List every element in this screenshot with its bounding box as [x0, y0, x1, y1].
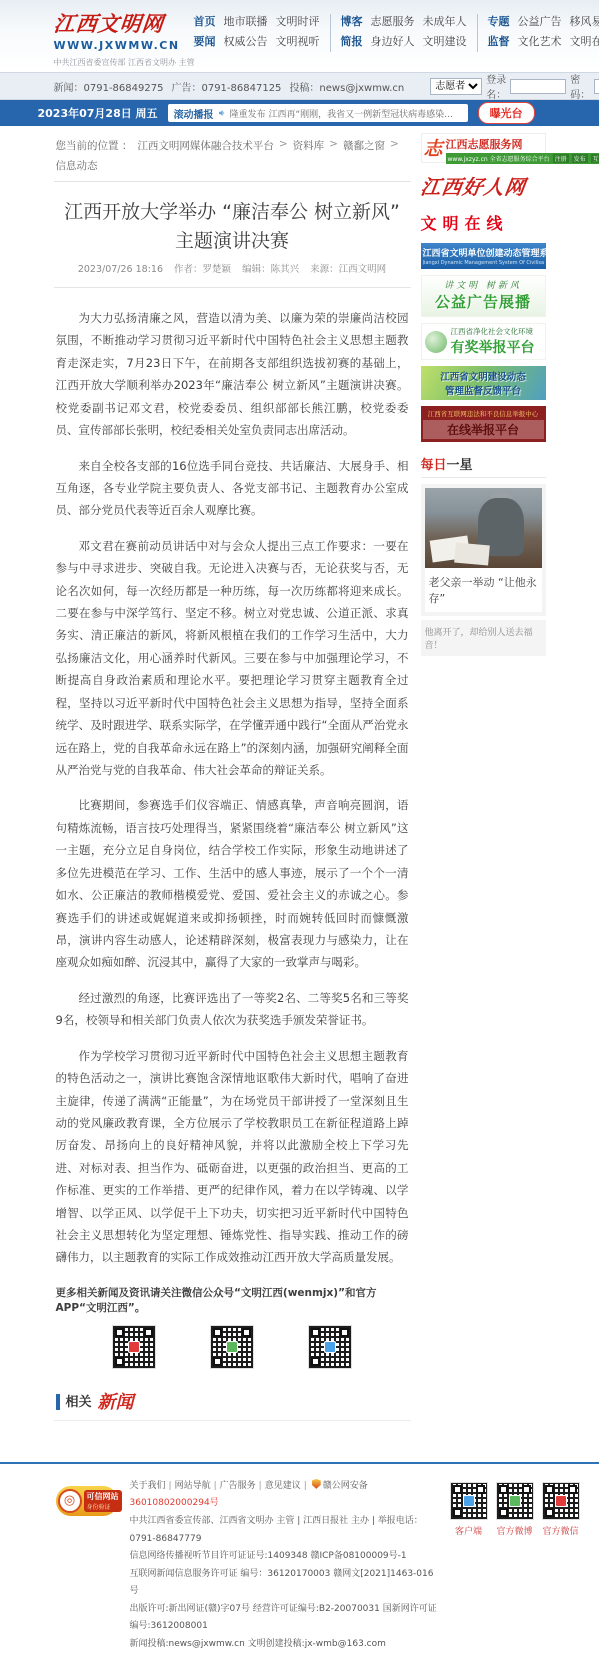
related-news-header: 相关 新闻 — [54, 1391, 411, 1410]
volunteer-chip-register[interactable]: 注册 — [553, 154, 569, 163]
volunteer-url: www.jxzyz.cn 全省志愿服务综合平台 — [448, 154, 550, 163]
article-editor: 编辑：陈其兴 — [242, 264, 299, 275]
qr-label-weibo: 官方微博 — [496, 1524, 534, 1537]
system-title: 江西省文明单位创建动态管理系统 — [423, 246, 544, 259]
footer-links-row: 关于我们|网站导航|广告服务|意见建议|赣公网安备 36010802000294… — [130, 1478, 438, 1513]
breadcrumb-item-info[interactable]: 信息动态 — [56, 158, 98, 173]
nav-item-city-broadcast[interactable]: 地市联播 — [224, 12, 268, 32]
news-phone: 新闻：0791-86849275 — [54, 79, 164, 94]
reward-report-title: 有奖举报平台 — [451, 337, 535, 357]
qr-label-wechat: 官方微信 — [542, 1524, 580, 1537]
reward-report-slogan: 江西省净化社会文化环境 — [451, 326, 535, 337]
volunteer-chip-publish[interactable]: 发布 — [572, 154, 588, 163]
speaker-icon — [219, 108, 225, 118]
footer-separator: | — [259, 1481, 262, 1491]
photo-paper — [454, 543, 490, 566]
psa-title: 公益广告展播 — [422, 291, 545, 312]
banner-civilized-unit-system[interactable]: 江西省文明单位创建动态管理系统 Jiangxi Dynamic Manageme… — [421, 243, 546, 269]
nav-group-2: 博客 志愿服务 未成年人 简报 身边好人 文明建设 — [331, 12, 477, 52]
daily-star-red: 每日 — [421, 458, 447, 473]
login-name-input[interactable] — [510, 79, 566, 94]
police-badge-icon — [312, 1479, 321, 1489]
nav-group-3: 专题 公益广告 移风易俗 诚信红黑榜 监督 文化艺术 文明在线 好人微故事 — [478, 12, 599, 52]
nav-item-psa[interactable]: 公益广告 — [518, 12, 562, 32]
footer-line-license2: 互联网新闻信息服务许可证 编号：36120170003 赣网文[2021]146… — [130, 1566, 438, 1601]
breadcrumb-label: 您当前的位置 ： — [56, 138, 133, 153]
current-date: 2023年07月28日 周五 — [38, 105, 158, 121]
system-subtitle: Jiangxi Dynamic Management System Of Civ… — [423, 260, 544, 266]
nav-item-good-people[interactable]: 身边好人 — [371, 32, 415, 52]
article-author: 作者：罗楚颖 — [174, 264, 231, 275]
feedback-line1: 江西省文明建设动态 — [423, 369, 544, 383]
nav-item-news[interactable]: 要闻 — [194, 32, 216, 52]
breadcrumb: 您当前的位置 ： 江西文明网媒体融合技术平台 > 资料库 > 赣鄱之窗 > 信息… — [54, 126, 411, 182]
submission-email: 投稿：news@jxwmw.cn — [289, 79, 404, 94]
police-beian-number[interactable]: 36010802000294号 — [130, 1498, 219, 1508]
related-news-list — [54, 1420, 411, 1446]
logo-subtitle: 中共江西省委宣传部 江西省文明办 主管 — [54, 57, 172, 68]
password-label: 密码： — [570, 71, 590, 101]
role-select[interactable]: 志愿者 — [430, 78, 482, 95]
banner-good-people-net[interactable]: 江西好人网 — [421, 169, 546, 202]
police-beian-label: 赣公网安备 — [323, 1481, 368, 1491]
online-report-title: 在线举报平台 — [423, 420, 544, 439]
nav-item-civil-online[interactable]: 文明在线 — [570, 32, 599, 52]
password-input[interactable] — [594, 79, 599, 94]
article-datetime: 2023/07/26 18:16 — [78, 264, 163, 275]
footer-qr-codes: 客户端 官方微博 官方微信 — [450, 1482, 580, 1653]
follow-note: 更多相关新闻及资讯请关注微信公众号“文明江西(wenmjx)”和官方APP“文明… — [56, 1285, 409, 1315]
sidebar: 志 江西志愿服务网 www.jxzyz.cn 全省志愿服务综合平台 注册 发布 … — [421, 126, 546, 1446]
daily-star-header: 每日一星 — [421, 454, 546, 478]
banner-reward-report[interactable]: 江西省净化社会文化环境 有奖举报平台 — [421, 323, 546, 360]
section-accent-bar — [56, 1394, 60, 1410]
banner-volunteer-service[interactable]: 志 江西志愿服务网 www.jxzyz.cn 全省志愿服务综合平台 注册 发布 … — [421, 133, 546, 163]
footer-link-sitemap[interactable]: 网站导航 — [175, 1481, 211, 1491]
footer-link-about[interactable]: 关于我们 — [130, 1481, 166, 1491]
expose-platform-button[interactable]: 曝光台 — [478, 102, 535, 124]
globe-icon — [425, 331, 447, 353]
article-paragraph: 比赛期间，参赛选手们仪容端正、情感真挚，声音响亮圆润，语句精炼流畅，语言技巧处理… — [56, 794, 409, 973]
page-footer: ◎ 可信网站 身份验证 关于我们|网站导航|广告服务|意见建议|赣公网安备 36… — [0, 1462, 599, 1671]
breadcrumb-separator: > — [329, 138, 338, 153]
related-stylized: 新闻 — [98, 1396, 134, 1410]
footer-link-feedback[interactable]: 意见建议 — [265, 1481, 301, 1491]
article-paragraph: 经过激烈的角逐，比赛评选出了一等奖2名、二等奖5名和三等奖9名，校领导和相关部门… — [56, 987, 409, 1032]
daily-star-subtext[interactable]: 他离开了，却给别人送去福音！ — [421, 620, 546, 656]
logo-url: WWW.JXWMW.CN — [54, 39, 172, 52]
article-paragraph: 来自全校各支部的16位选手同台竞技、共话廉洁、大展身手、相互角逐，各专业学院主要… — [56, 455, 409, 522]
banner-civilization-online[interactable]: 文明在线 — [421, 208, 546, 237]
ticker-bar: 2023年07月28日 周五 滚动播报 隆重发布 江西再“刚刚，我省又一例新型冠… — [0, 100, 599, 126]
qr-label-client: 客户端 — [450, 1524, 488, 1537]
nav-item-construction[interactable]: 文明建设 — [423, 32, 467, 52]
related-prefix: 相关 — [66, 1391, 92, 1410]
daily-star-card[interactable]: 老父亲一举动 “让他永存” — [421, 484, 546, 616]
good-people-title: 江西好人网 — [418, 171, 547, 200]
footer-line-license3: 出版许可:新出网证(赣)字07号 经营许可证编号:B2-20070031 国新网… — [130, 1601, 438, 1636]
psa-slogan: 讲文明 树新风 — [422, 278, 545, 291]
breadcrumb-separator: > — [390, 138, 399, 153]
footer-line-license1: 信息网络传播视听节目许可证证号:1409348 赣ICP备08100009号-1 — [130, 1548, 438, 1566]
official-wechat-qr-code — [542, 1482, 580, 1520]
weibo-qr-code — [308, 1325, 352, 1369]
daily-star-photo — [425, 488, 542, 568]
ticker-label: 滚动播报 — [174, 106, 214, 121]
app-qr-code — [210, 1325, 254, 1369]
banner-psa-display[interactable]: 讲文明 树新风 公益广告展播 — [421, 275, 546, 317]
breadcrumb-item-ganpo[interactable]: 赣鄱之窗 — [343, 138, 385, 153]
nav-item-media[interactable]: 文明视听 — [276, 32, 320, 52]
banner-supervision-feedback[interactable]: 江西省文明建设动态 管理监督反馈平台 — [421, 366, 546, 400]
nav-item-supervision[interactable]: 监督 — [488, 32, 510, 52]
nav-item-volunteer[interactable]: 志愿服务 — [371, 12, 415, 32]
trust-badge-title: 可信网站 — [87, 1491, 119, 1502]
ad-phone: 广告：0791-86847125 — [171, 79, 281, 94]
article-paragraph: 作为学校学习贯彻习近平新时代中国特色社会主义思想主题教育的特色活动之一，演讲比赛… — [56, 1045, 409, 1269]
daily-star-black: 一星 — [447, 458, 473, 473]
qr-center-weibo — [324, 1341, 336, 1353]
ticker-headline[interactable]: 隆重发布 江西再“刚刚，我省又一例新型冠状病毒感染的肺炎患者治愈出院！”第三届江… — [230, 107, 462, 120]
footer-separator: | — [169, 1481, 172, 1491]
nav-item-blog[interactable]: 博客 — [341, 12, 363, 32]
official-weibo-qr-code — [496, 1482, 534, 1520]
client-app-qr-code — [450, 1482, 488, 1520]
nav-item-civil-review[interactable]: 文明时评 — [276, 12, 320, 32]
nav-item-topics[interactable]: 专题 — [488, 12, 510, 32]
volunteer-chip-interact[interactable]: 互动 — [591, 154, 599, 163]
footer-separator: | — [214, 1481, 217, 1491]
article-source: 来源：江西文明网 — [310, 264, 386, 275]
news-ticker[interactable]: 滚动播报 隆重发布 江西再“刚刚，我省又一例新型冠状病毒感染的肺炎患者治愈出院！… — [168, 104, 468, 122]
feedback-line2: 管理监督反馈平台 — [423, 383, 544, 397]
qr-center-app — [226, 1341, 238, 1353]
nav-item-bulletin[interactable]: 简报 — [341, 32, 363, 52]
trust-badge-subtitle: 身份验证 — [87, 1502, 119, 1511]
breadcrumb-separator: > — [279, 138, 288, 153]
login-bar: 新闻：0791-86849275 广告：0791-86847125 投稿：new… — [0, 72, 599, 100]
article-qr-codes — [56, 1325, 409, 1369]
article-meta: 2023/07/26 18:16 作者：罗楚颖 编辑：陈其兴 来源：江西文明网 — [54, 261, 411, 288]
breadcrumb-item-platform[interactable]: 江西文明网媒体融合技术平台 — [137, 138, 274, 153]
article-title: 江西开放大学举办 “廉洁奉公 树立新风” 主题演讲决赛 — [54, 182, 411, 261]
daily-star-caption[interactable]: 老父亲一举动 “让他永存” — [425, 568, 542, 612]
nav-item-home[interactable]: 首页 — [194, 12, 216, 32]
qr-center-wechat — [128, 1341, 140, 1353]
nav-group-1: 首页 地市联播 文明时评 要闻 权威公告 文明视听 — [184, 12, 330, 52]
logo-title: 江西文明网 — [52, 8, 173, 38]
civilization-online-title: 文明在线 — [421, 211, 546, 234]
nav-item-customs[interactable]: 移风易俗 — [570, 12, 599, 32]
banner-online-report[interactable]: 江西省互联网违法和不良信息举报中心 在线举报平台 — [421, 406, 546, 442]
article-body: 为大力弘扬清廉之风，营造以清为美、以廉为荣的崇廉尚洁校园氛围，不断推动学习贯彻习… — [54, 288, 411, 1369]
breadcrumb-item-database[interactable]: 资料库 — [293, 138, 325, 153]
footer-info: 关于我们|网站导航|广告服务|意见建议|赣公网安备 36010802000294… — [130, 1478, 438, 1653]
online-report-center: 江西省互联网违法和不良信息举报中心 — [423, 409, 544, 418]
footer-line-contact: 新闻投稿:news@jxwmw.cn 文明创建投稿:jx-wmb@163.com — [130, 1636, 438, 1654]
site-logo[interactable]: 江西文明网 WWW.JXWMW.CN 中共江西省委宣传部 江西省文明办 主管 — [54, 8, 172, 68]
footer-line-sponsor: 中共江西省委宣传部、江西省文明办 主管 | 江西日报社 主办 | 举报电话：07… — [130, 1513, 438, 1548]
article-paragraph: 为大力弘扬清廉之风，营造以清为美、以廉为荣的崇廉尚洁校园氛围，不断推动学习贯彻习… — [56, 307, 409, 442]
footer-separator: | — [304, 1481, 307, 1491]
wechat-qr-code — [112, 1325, 156, 1369]
main-nav: 首页 地市联播 文明时评 要闻 权威公告 文明视听 博客 志愿服务 未成年人 — [184, 8, 599, 68]
footer-link-ads[interactable]: 广告服务 — [220, 1481, 256, 1491]
nav-item-culture-art[interactable]: 文化艺术 — [518, 32, 562, 52]
site-header: 江西文明网 WWW.JXWMW.CN 中共江西省委宣传部 江西省文明办 主管 首… — [0, 0, 599, 72]
login-name-label: 登录名： — [486, 71, 506, 101]
trusted-site-badge[interactable]: ◎ 可信网站 身份验证 — [56, 1486, 118, 1516]
nav-item-announcements[interactable]: 权威公告 — [224, 32, 268, 52]
nav-item-minors[interactable]: 未成年人 — [423, 12, 467, 32]
volunteer-title: 江西志愿服务网 — [446, 136, 599, 152]
volunteer-logo-icon: 志 — [424, 136, 443, 160]
article-paragraph: 邓文君在赛前动员讲话中对与会众人提出三点工作要求：一要在参与中寻求进步、突破自我… — [56, 535, 409, 782]
trust-logo-icon: ◎ — [58, 1489, 82, 1513]
